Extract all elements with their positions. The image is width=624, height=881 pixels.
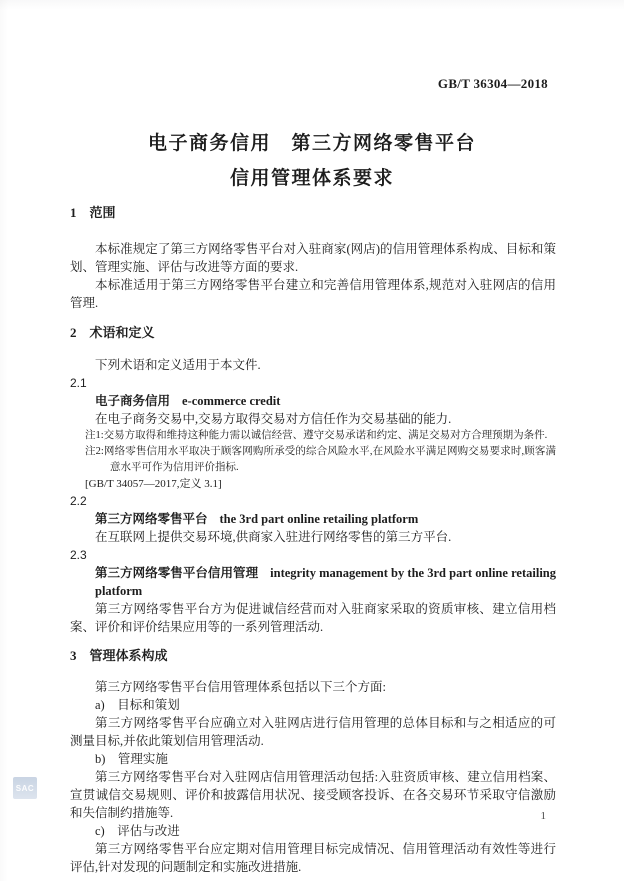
document-title: 电子商务信用 第三方网络零售平台 信用管理体系要求	[0, 126, 624, 196]
sac-watermark-badge: SAC	[13, 777, 37, 799]
term-block-2-2: 2.2 第三方网络零售平台the 3rd part online retaili…	[70, 492, 556, 546]
list-item-label: c) 评估与改进	[70, 822, 556, 840]
term-title: 电子商务信用e-commerce credit	[70, 392, 556, 410]
page-number: 1	[541, 810, 547, 822]
term-name-zh: 电子商务信用	[95, 394, 170, 408]
section-3-heading: 3 管理体系构成	[70, 647, 556, 665]
term-name-zh: 第三方网络零售平台信用管理	[95, 566, 258, 580]
sac-watermark-text: SAC	[16, 784, 34, 793]
list-item-label: a) 目标和策划	[70, 696, 556, 714]
term-name-zh: 第三方网络零售平台	[95, 512, 208, 526]
document-title-line1: 电子商务信用 第三方网络零售平台	[0, 126, 624, 161]
scope-paragraph-2: 本标准适用于第三方网络零售平台建立和完善信用管理体系,规范对入驻网店的信用管理.	[70, 276, 556, 312]
scope-paragraph-1: 本标准规定了第三方网络零售平台对入驻商家(网店)的信用管理体系构成、目标和策划、…	[70, 240, 556, 276]
document-title-line2: 信用管理体系要求	[0, 161, 624, 196]
term-block-2-3: 2.3 第三方网络零售平台信用管理integrity management by…	[70, 546, 556, 636]
standard-number: GB/T 36304—2018	[438, 76, 548, 92]
system-composition-intro: 第三方网络零售平台信用管理体系包括以下三个方面:	[70, 678, 556, 696]
terms-intro: 下列术语和定义适用于本文件.	[70, 356, 556, 374]
list-item-body: 第三方网络零售平台应定期对信用管理目标完成情况、信用管理活动有效性等进行评估,针…	[70, 840, 556, 876]
term-name-en: the 3rd part online retailing platform	[220, 512, 419, 526]
section-1-heading: 1 范围	[70, 204, 556, 222]
term-note-1: 注1:交易方取得和维持这种能力需以诚信经营、遵守交易承诺和约定、满足交易对方合理…	[85, 428, 556, 444]
scanned-standard-page: GB/T 36304—2018 电子商务信用 第三方网络零售平台 信用管理体系要…	[0, 0, 624, 881]
list-item-a: a) 目标和策划 第三方网络零售平台应确立对入驻网店进行信用管理的总体目标和与之…	[70, 696, 556, 750]
document-body: 1 范围 本标准规定了第三方网络零售平台对入驻商家(网店)的信用管理体系构成、目…	[70, 204, 556, 876]
list-item-b: b) 管理实施 第三方网络零售平台对入驻网店信用管理活动包括:入驻资质审核、建立…	[70, 750, 556, 822]
term-definition: 在电子商务交易中,交易方取得交易对方信任作为交易基础的能力.	[70, 410, 556, 428]
term-name-en: e-commerce credit	[182, 394, 280, 408]
term-number: 2.1	[70, 374, 556, 392]
term-definition: 在互联网上提供交易环境,供商家入驻进行网络零售的第三方平台.	[70, 528, 556, 546]
term-source-reference: [GB/T 34057—2017,定义 3.1]	[85, 476, 556, 492]
section-2-heading: 2 术语和定义	[70, 324, 556, 342]
list-item-body: 第三方网络零售平台对入驻网店信用管理活动包括:入驻资质审核、建立信用档案、宣贯诚…	[70, 768, 556, 822]
term-note-2: 注2:网络零售信用水平取决于顾客网购所承受的综合风险水平,在风险水平满足网购交易…	[85, 444, 556, 476]
term-title: 第三方网络零售平台the 3rd part online retailing p…	[70, 510, 556, 528]
term-definition: 第三方网络零售平台方为促进诚信经营而对入驻商家采取的资质审核、建立信用档案、评价…	[70, 600, 556, 636]
list-item-label: b) 管理实施	[70, 750, 556, 768]
term-number: 2.3	[70, 546, 556, 564]
list-item-c: c) 评估与改进 第三方网络零售平台应定期对信用管理目标完成情况、信用管理活动有…	[70, 822, 556, 876]
list-item-body: 第三方网络零售平台应确立对入驻网店进行信用管理的总体目标和与之相适应的可测量目标…	[70, 714, 556, 750]
term-title: 第三方网络零售平台信用管理integrity management by the…	[70, 564, 556, 600]
term-number: 2.2	[70, 492, 556, 510]
term-block-2-1: 2.1 电子商务信用e-commerce credit 在电子商务交易中,交易方…	[70, 374, 556, 492]
